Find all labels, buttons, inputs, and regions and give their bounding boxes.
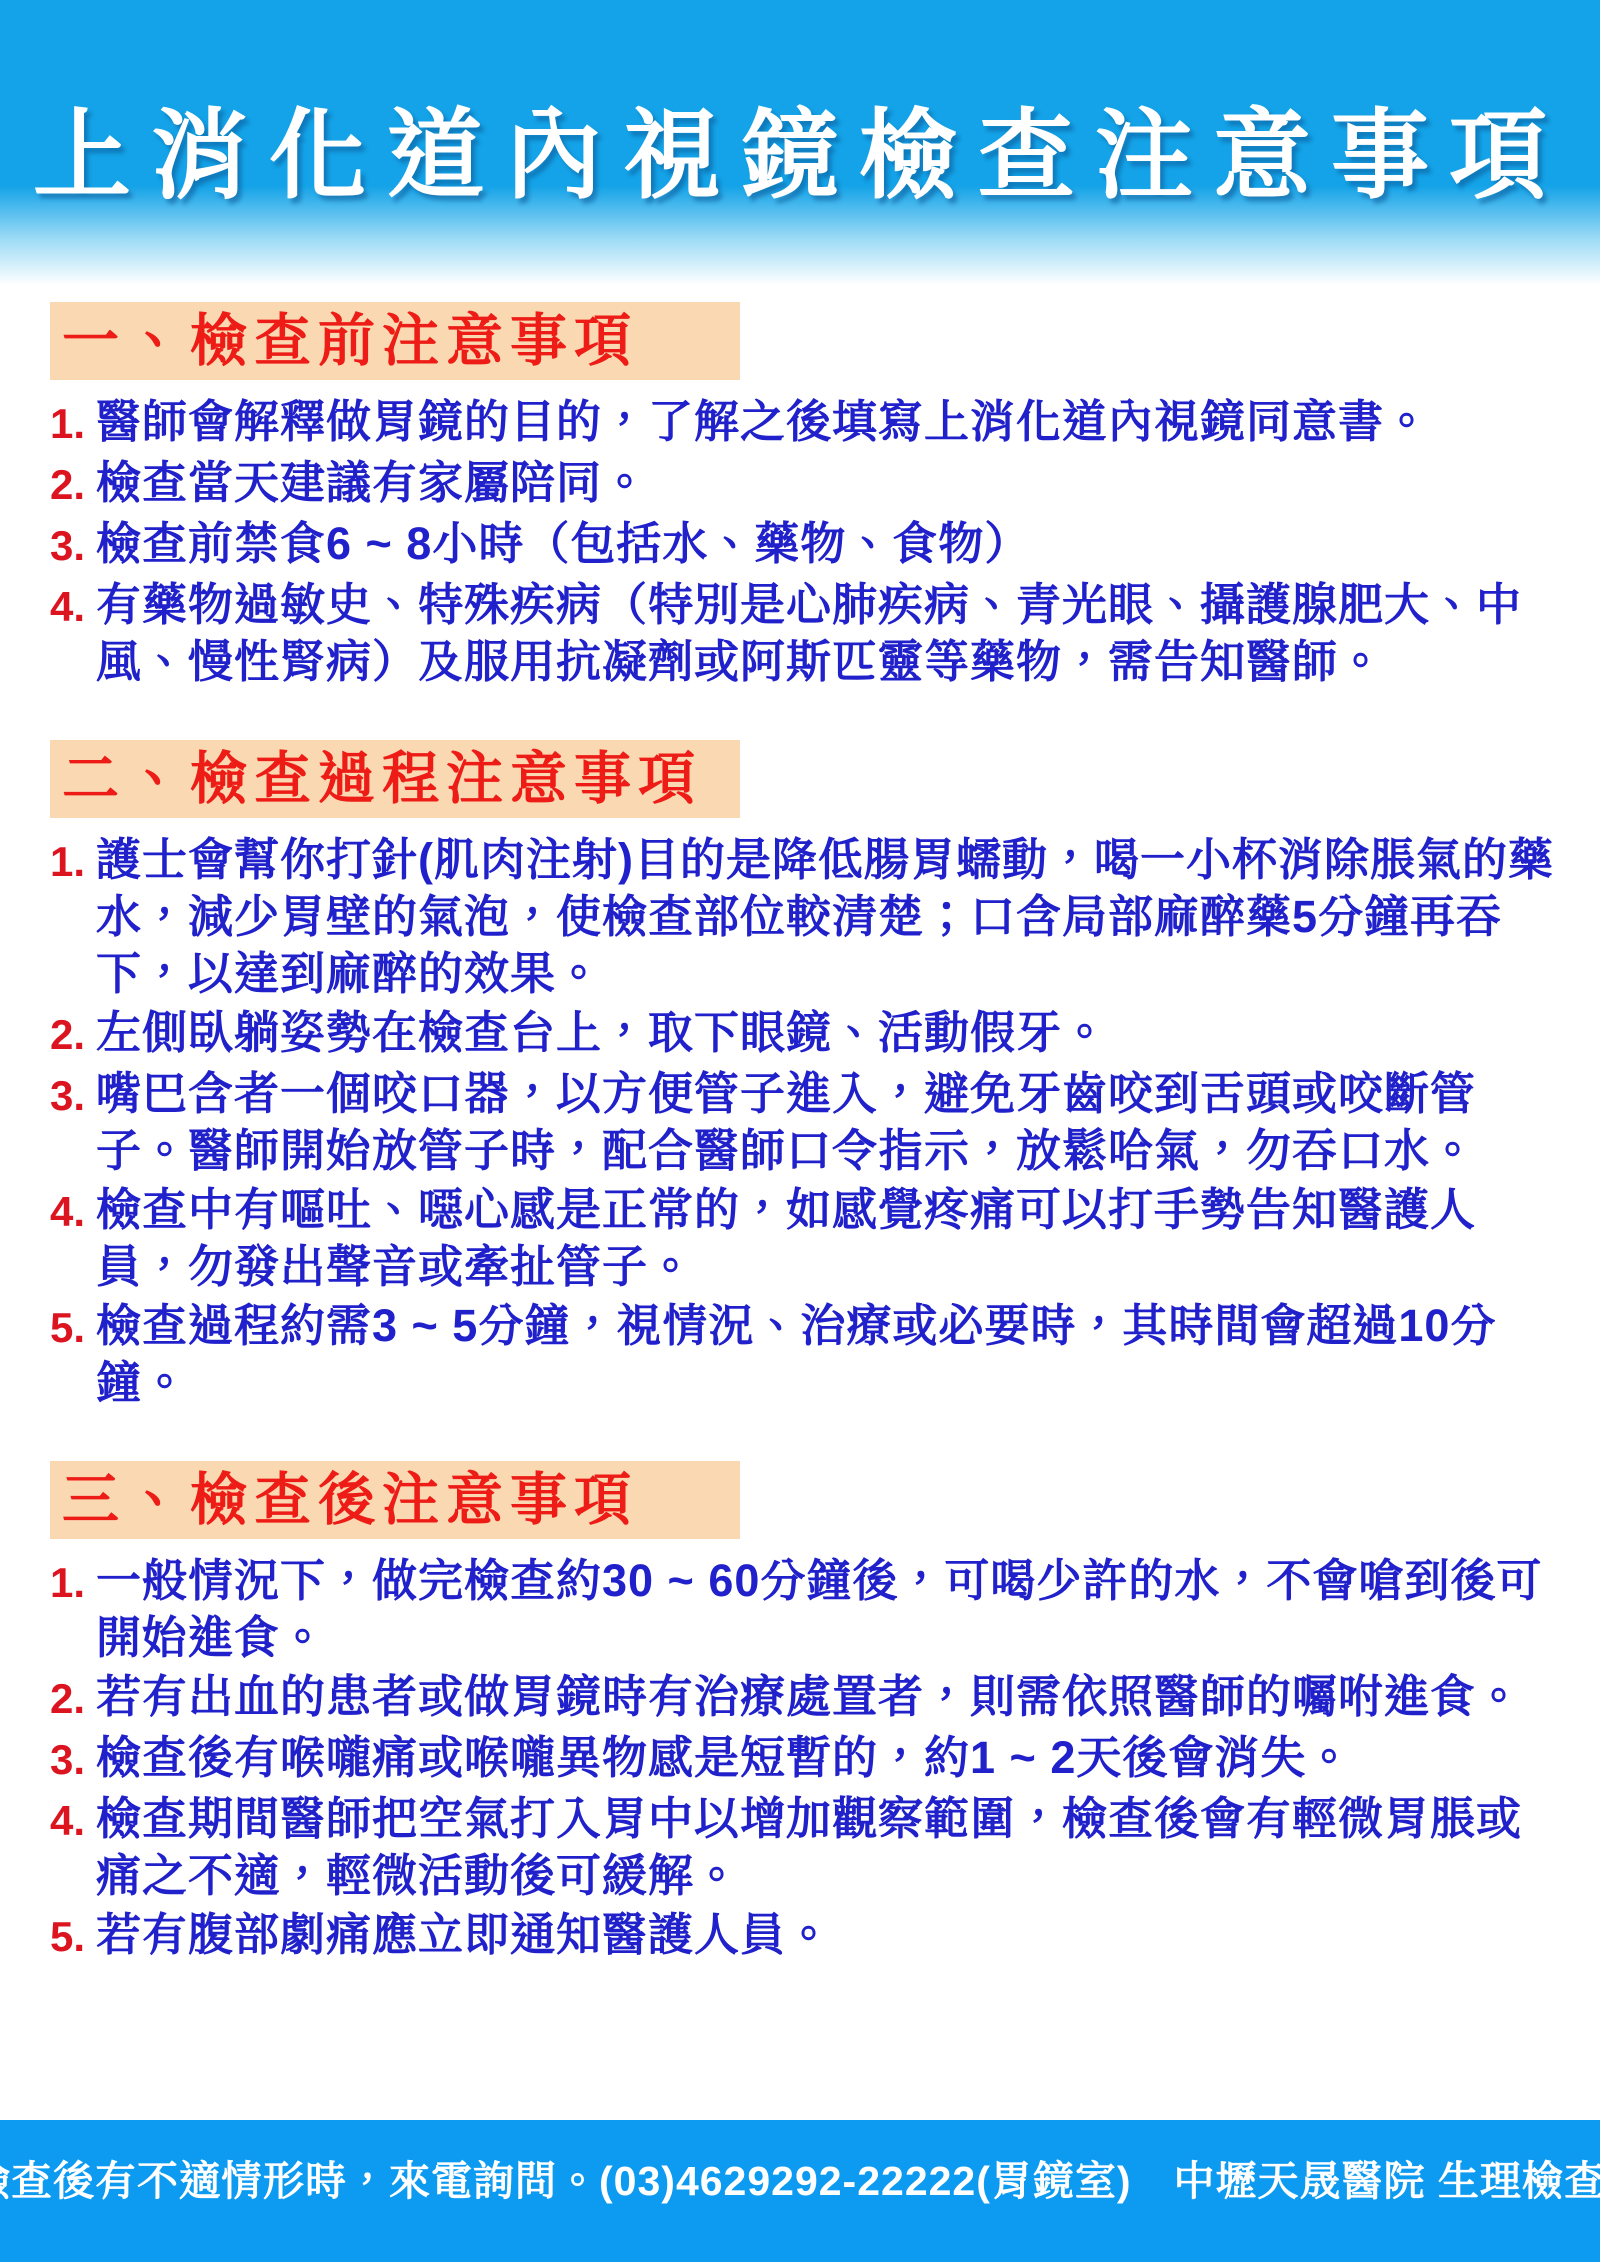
item-text: 若有出血的患者或做胃鏡時有治療處置者，則需依照醫師的囑咐進食。 — [96, 1668, 1560, 1725]
item-text: 左側臥躺姿勢在檢查台上，取下眼鏡、活動假牙。 — [96, 1004, 1560, 1061]
item-text: 若有腹部劇痛應立即通知醫護人員。 — [96, 1906, 1560, 1963]
sections-container: 一、檢查前注意事項1.醫師會解釋做胃鏡的目的，了解之後填寫上消化道內視鏡同意書。… — [0, 300, 1600, 1967]
item-text: 檢查過程約需3 ~ 5分鐘，視情況、治療或必要時，其時間會超過10分鐘。 — [96, 1297, 1560, 1411]
page-title: 上消化道內視鏡檢查注意事項 — [33, 77, 1567, 218]
list-item: 4.檢查中有嘔吐、噁心感是正常的，如感覺疼痛可以打手勢告知醫護人員，勿發出聲音或… — [50, 1181, 1560, 1295]
item-text: 一般情況下，做完檢查約30 ~ 60分鐘後，可喝少許的水，不會嗆到後可開始進食。 — [96, 1552, 1560, 1666]
section-item-list: 1.護士會幫你打針(肌肉注射)目的是降低腸胃蠕動，喝一小杯消除脹氣的藥水，減少胃… — [50, 831, 1560, 1411]
item-text: 有藥物過敏史、特殊疾病（特別是心肺疾病、青光眼、攝護腺肥大、中風、慢性腎病）及服… — [96, 576, 1560, 690]
section-item-list: 1.一般情況下，做完檢查約30 ~ 60分鐘後，可喝少許的水，不會嗆到後可開始進… — [50, 1552, 1560, 1965]
section: 一、檢查前注意事項1.醫師會解釋做胃鏡的目的，了解之後填寫上消化道內視鏡同意書。… — [50, 302, 1560, 690]
list-item: 1.護士會幫你打針(肌肉注射)目的是降低腸胃蠕動，喝一小杯消除脹氣的藥水，減少胃… — [50, 831, 1560, 1002]
list-item: 1.一般情況下，做完檢查約30 ~ 60分鐘後，可喝少許的水，不會嗆到後可開始進… — [50, 1552, 1560, 1666]
item-text: 檢查前禁食6 ~ 8小時（包括水、藥物、食物） — [96, 515, 1560, 572]
item-number: 3. — [50, 1729, 96, 1788]
list-item: 5.若有腹部劇痛應立即通知醫護人員。 — [50, 1906, 1560, 1965]
item-text: 檢查當天建議有家屬陪同。 — [96, 454, 1560, 511]
list-item: 5.檢查過程約需3 ~ 5分鐘，視情況、治療或必要時，其時間會超過10分鐘。 — [50, 1297, 1560, 1411]
item-number: 1. — [50, 831, 96, 890]
item-number: 2. — [50, 1004, 96, 1063]
header-banner: 上消化道內視鏡檢查注意事項 — [0, 0, 1600, 300]
list-item: 3.嘴巴含者一個咬口器，以方便管子進入，避免牙齒咬到舌頭或咬斷管子。醫師開始放管… — [50, 1065, 1560, 1179]
list-item: 1.醫師會解釋做胃鏡的目的，了解之後填寫上消化道內視鏡同意書。 — [50, 393, 1560, 452]
list-item: 4.有藥物過敏史、特殊疾病（特別是心肺疾病、青光眼、攝護腺肥大、中風、慢性腎病）… — [50, 576, 1560, 690]
item-text: 檢查中有嘔吐、噁心感是正常的，如感覺疼痛可以打手勢告知醫護人員，勿發出聲音或牽扯… — [96, 1181, 1560, 1295]
item-number: 3. — [50, 515, 96, 574]
item-text: 檢查後有喉嚨痛或喉嚨異物感是短暫的，約1 ~ 2天後會消失。 — [96, 1729, 1560, 1786]
section: 三、檢查後注意事項1.一般情況下，做完檢查約30 ~ 60分鐘後，可喝少許的水，… — [50, 1461, 1560, 1965]
item-number: 1. — [50, 393, 96, 452]
item-text: 護士會幫你打針(肌肉注射)目的是降低腸胃蠕動，喝一小杯消除脹氣的藥水，減少胃壁的… — [96, 831, 1560, 1002]
item-number: 5. — [50, 1906, 96, 1965]
item-number: 5. — [50, 1297, 96, 1356]
item-text: 檢查期間醫師把空氣打入胃中以增加觀察範圍，檢查後會有輕微胃脹或痛之不適，輕微活動… — [96, 1790, 1560, 1904]
item-number: 4. — [50, 576, 96, 635]
list-item: 2.左側臥躺姿勢在檢查台上，取下眼鏡、活動假牙。 — [50, 1004, 1560, 1063]
footer-bar: *檢查後有不適情形時，來電詢問。(03)4629292-22222(胃鏡室) 中… — [0, 2120, 1600, 2262]
footer-contact-text: *檢查後有不適情形時，來電詢問。(03)4629292-22222(胃鏡室) 中… — [0, 2148, 1600, 2207]
list-item: 2.若有出血的患者或做胃鏡時有治療處置者，則需依照醫師的囑咐進食。 — [50, 1668, 1560, 1727]
section-item-list: 1.醫師會解釋做胃鏡的目的，了解之後填寫上消化道內視鏡同意書。2.檢查當天建議有… — [50, 393, 1560, 690]
section-heading: 二、檢查過程注意事項 — [50, 740, 740, 818]
item-number: 4. — [50, 1790, 96, 1849]
list-item: 3.檢查前禁食6 ~ 8小時（包括水、藥物、食物） — [50, 515, 1560, 574]
item-number: 2. — [50, 454, 96, 513]
item-text: 醫師會解釋做胃鏡的目的，了解之後填寫上消化道內視鏡同意書。 — [96, 393, 1560, 450]
poster-page: 上消化道內視鏡檢查注意事項 一、檢查前注意事項1.醫師會解釋做胃鏡的目的，了解之… — [0, 0, 1600, 2262]
item-number: 3. — [50, 1065, 96, 1124]
list-item: 3.檢查後有喉嚨痛或喉嚨異物感是短暫的，約1 ~ 2天後會消失。 — [50, 1729, 1560, 1788]
item-number: 2. — [50, 1668, 96, 1727]
item-text: 嘴巴含者一個咬口器，以方便管子進入，避免牙齒咬到舌頭或咬斷管子。醫師開始放管子時… — [96, 1065, 1560, 1179]
item-number: 1. — [50, 1552, 96, 1611]
section-heading: 一、檢查前注意事項 — [50, 302, 740, 380]
section-heading: 三、檢查後注意事項 — [50, 1461, 740, 1539]
list-item: 2.檢查當天建議有家屬陪同。 — [50, 454, 1560, 513]
item-number: 4. — [50, 1181, 96, 1240]
list-item: 4.檢查期間醫師把空氣打入胃中以增加觀察範圍，檢查後會有輕微胃脹或痛之不適，輕微… — [50, 1790, 1560, 1904]
section: 二、檢查過程注意事項1.護士會幫你打針(肌肉注射)目的是降低腸胃蠕動，喝一小杯消… — [50, 740, 1560, 1411]
